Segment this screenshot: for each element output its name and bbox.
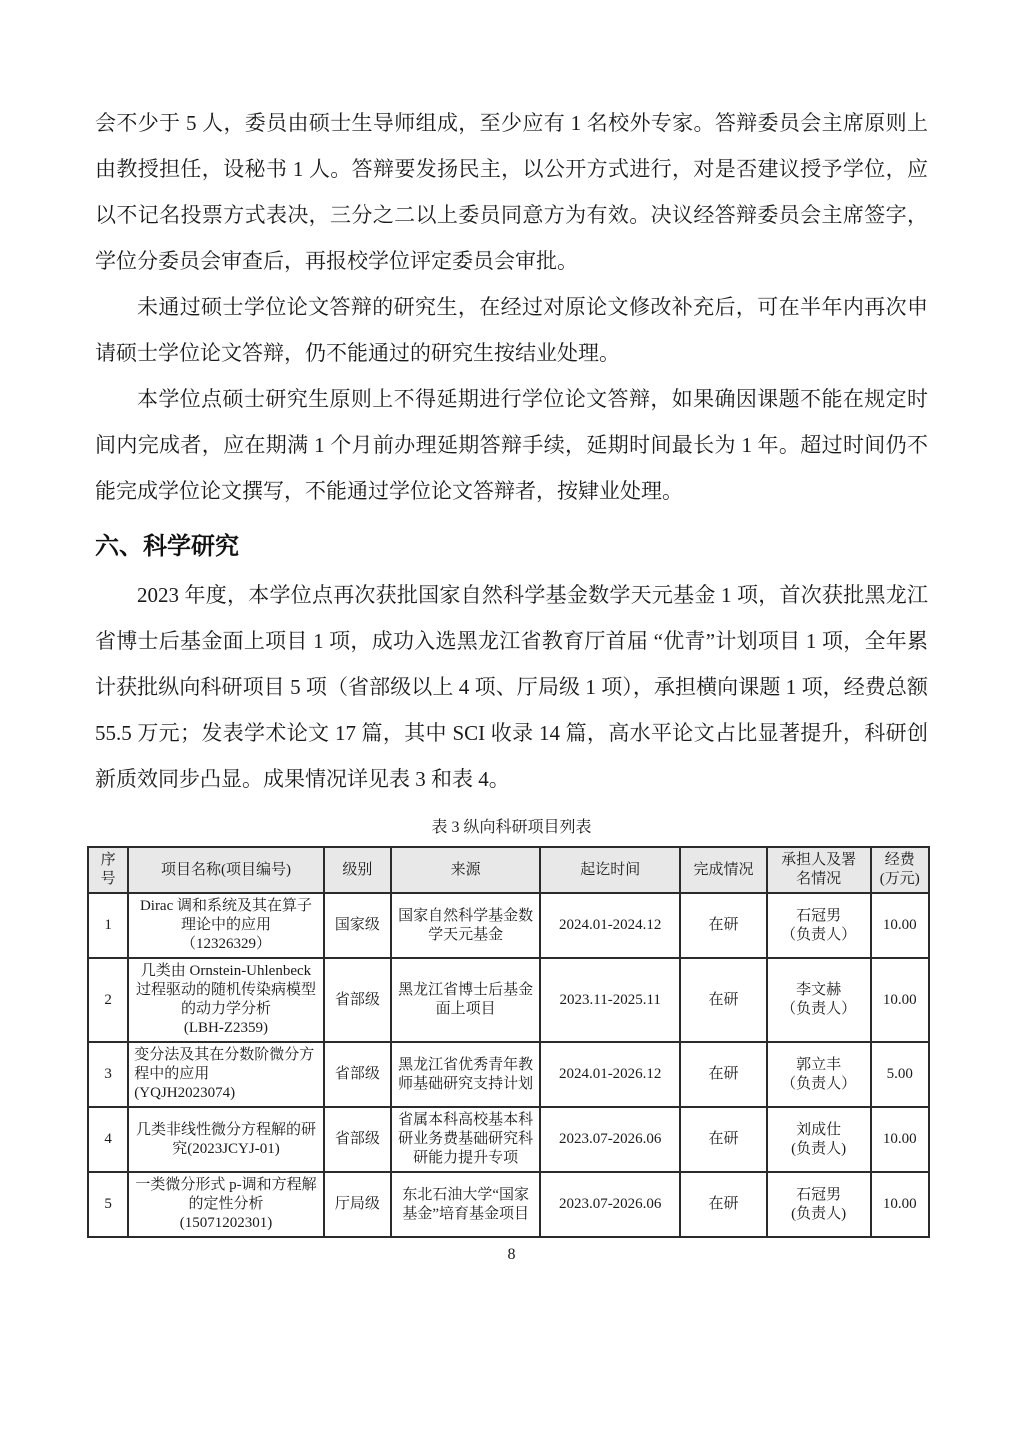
cell-project-name: 变分法及其在分数阶微分方程中的应用 (YQJH2023074) bbox=[128, 1042, 323, 1107]
cell-status: 在研 bbox=[680, 893, 767, 958]
header-cell-period: 起讫时间 bbox=[540, 847, 680, 893]
header-cell-leader: 承担人及署 名情况 bbox=[767, 847, 871, 893]
cell-no: 3 bbox=[88, 1042, 128, 1107]
cell-project-name: 一类微分形式 p-调和方程解的定性分析 (15071202301) bbox=[128, 1172, 323, 1237]
vertical-research-projects-table: 序 号 项目名称(项目编号) 级别 来源 起讫时间 完成情况 承担人及署 名情况… bbox=[87, 846, 930, 1238]
cell-level: 省部级 bbox=[324, 958, 391, 1042]
header-cell-no: 序 号 bbox=[88, 847, 128, 893]
cell-status: 在研 bbox=[680, 958, 767, 1042]
cell-period: 2024.01-2024.12 bbox=[540, 893, 680, 958]
document-page: 会不少于 5 人，委员由硕士生导师组成，至少应有 1 名校外专家。答辩委员会主席… bbox=[0, 0, 1022, 1433]
paragraph-research-overview: 2023 年度，本学位点再次获批国家自然科学基金数学天元基金 1 项，首次获批黑… bbox=[95, 572, 928, 802]
table-caption: 表 3 纵向科研项目列表 bbox=[95, 814, 928, 837]
cell-leader: 石冠男 (负责人) bbox=[767, 1172, 871, 1237]
cell-fund: 5.00 bbox=[871, 1042, 929, 1107]
cell-period: 2023.07-2026.06 bbox=[540, 1172, 680, 1237]
cell-no: 2 bbox=[88, 958, 128, 1042]
cell-fund: 10.00 bbox=[871, 1172, 929, 1237]
cell-period: 2023.07-2026.06 bbox=[540, 1107, 680, 1172]
header-cell-status: 完成情况 bbox=[680, 847, 767, 893]
cell-no: 1 bbox=[88, 893, 128, 958]
paragraph-failed-defense: 未通过硕士学位论文答辩的研究生，在经过对原论文修改补充后，可在半年内再次申请硕士… bbox=[95, 284, 928, 376]
cell-fund: 10.00 bbox=[871, 1107, 929, 1172]
cell-source: 省属本科高校基本科研业务费基础研究科研能力提升专项 bbox=[391, 1107, 540, 1172]
cell-fund: 10.00 bbox=[871, 893, 929, 958]
cell-status: 在研 bbox=[680, 1042, 767, 1107]
cell-source: 东北石油大学“国家基金”培育基金项目 bbox=[391, 1172, 540, 1237]
cell-level: 省部级 bbox=[324, 1042, 391, 1107]
cell-status: 在研 bbox=[680, 1107, 767, 1172]
table-row: 4 几类非线性微分方程解的研究(2023JCYJ-01) 省部级 省属本科高校基… bbox=[88, 1107, 929, 1172]
table-row: 5 一类微分形式 p-调和方程解的定性分析 (15071202301) 厅局级 … bbox=[88, 1172, 929, 1237]
cell-level: 厅局级 bbox=[324, 1172, 391, 1237]
cell-period: 2023.11-2025.11 bbox=[540, 958, 680, 1042]
table-header-row: 序 号 项目名称(项目编号) 级别 来源 起讫时间 完成情况 承担人及署 名情况… bbox=[88, 847, 929, 893]
cell-fund: 10.00 bbox=[871, 958, 929, 1042]
cell-project-name: Dirac 调和系统及其在算子理论中的应用 （12326329） bbox=[128, 893, 323, 958]
cell-period: 2024.01-2026.12 bbox=[540, 1042, 680, 1107]
cell-project-name: 几类由 Ornstein-Uhlenbeck 过程驱动的随机传染病模型的动力学分… bbox=[128, 958, 323, 1042]
cell-level: 省部级 bbox=[324, 1107, 391, 1172]
cell-source: 黑龙江省博士后基金面上项目 bbox=[391, 958, 540, 1042]
header-cell-fund: 经费 (万元) bbox=[871, 847, 929, 893]
cell-leader: 郭立丰 （负责人） bbox=[767, 1042, 871, 1107]
cell-no: 5 bbox=[88, 1172, 128, 1237]
table-row: 1 Dirac 调和系统及其在算子理论中的应用 （12326329） 国家级 国… bbox=[88, 893, 929, 958]
paragraph-defense-delay: 本学位点硕士研究生原则上不得延期进行学位论文答辩，如果确因课题不能在规定时间内完… bbox=[95, 376, 928, 514]
cell-leader: 刘成仕 (负责人) bbox=[767, 1107, 871, 1172]
paragraph-defense-committee: 会不少于 5 人，委员由硕士生导师组成，至少应有 1 名校外专家。答辩委员会主席… bbox=[95, 100, 928, 284]
section-heading-research: 六、科学研究 bbox=[95, 528, 928, 566]
cell-leader: 石冠男 （负责人） bbox=[767, 893, 871, 958]
page-number: 8 bbox=[95, 1246, 928, 1264]
cell-status: 在研 bbox=[680, 1172, 767, 1237]
header-cell-source: 来源 bbox=[391, 847, 540, 893]
cell-source: 黑龙江省优秀青年教师基础研究支持计划 bbox=[391, 1042, 540, 1107]
table-row: 2 几类由 Ornstein-Uhlenbeck 过程驱动的随机传染病模型的动力… bbox=[88, 958, 929, 1042]
header-cell-level: 级别 bbox=[324, 847, 391, 893]
cell-project-name: 几类非线性微分方程解的研究(2023JCYJ-01) bbox=[128, 1107, 323, 1172]
cell-leader: 李文赫 （负责人） bbox=[767, 958, 871, 1042]
header-cell-project-name: 项目名称(项目编号) bbox=[128, 847, 323, 893]
cell-source: 国家自然科学基金数学天元基金 bbox=[391, 893, 540, 958]
cell-no: 4 bbox=[88, 1107, 128, 1172]
table-row: 3 变分法及其在分数阶微分方程中的应用 (YQJH2023074) 省部级 黑龙… bbox=[88, 1042, 929, 1107]
cell-level: 国家级 bbox=[324, 893, 391, 958]
